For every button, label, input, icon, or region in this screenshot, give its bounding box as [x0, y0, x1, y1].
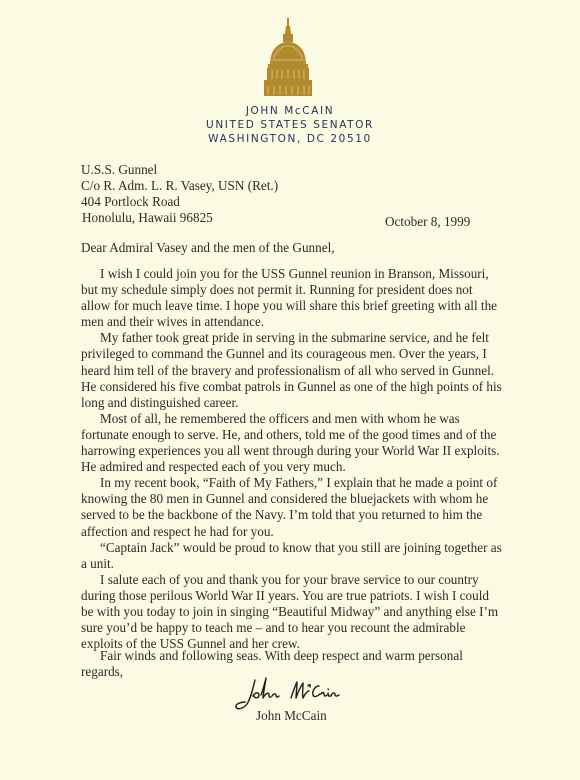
body-line: He considered his five combat patrols in… — [81, 379, 521, 395]
body-line: served to be the backbone of the Navy. I… — [81, 507, 521, 523]
letterhead-name: JOHN McCAIN — [0, 105, 580, 117]
body-line: during those perilous World War II years… — [81, 588, 521, 604]
body-line: harrowing experiences you all went throu… — [81, 443, 521, 459]
body-line: I salute each of you and thank you for y… — [81, 572, 521, 588]
closing-line-1: Fair winds and following seas. With deep… — [81, 648, 463, 664]
body-line: He admired and respected each of you ver… — [81, 459, 521, 475]
letter-body: I wish I could join you for the USS Gunn… — [81, 266, 521, 652]
body-line: Most of all, he remembered the officers … — [81, 411, 521, 427]
body-line: “Captain Jack” would be proud to know th… — [81, 540, 521, 556]
body-line: a unit. — [81, 556, 521, 572]
salutation: Dear Admiral Vasey and the men of the Gu… — [81, 240, 335, 256]
capitol-dome-icon — [262, 18, 314, 98]
typed-signature-name: John McCain — [256, 708, 327, 724]
body-line: heard him tell of the bravery and profes… — [81, 363, 521, 379]
body-line: fortunate enough to serve. He, and other… — [81, 427, 521, 443]
paragraph-6: I salute each of you and thank you for y… — [81, 572, 521, 652]
letter-page: JOHN McCAIN UNITED STATES SENATOR WASHIN… — [0, 0, 580, 780]
letterhead-title: UNITED STATES SENATOR — [0, 119, 580, 131]
body-line: privileged to command the Gunnel and its… — [81, 346, 521, 362]
recipient-line-2: C/o R. Adm. L. R. Vasey, USN (Ret.) — [81, 178, 278, 194]
paragraph-4: In my recent book, “Faith of My Fathers,… — [81, 475, 521, 539]
recipient-line-4: Honolulu, Hawaii 96825 — [82, 210, 213, 226]
body-line: In my recent book, “Faith of My Fathers,… — [81, 475, 521, 491]
body-line: sure you’d be happy to teach me – and to… — [81, 620, 521, 636]
paragraph-1: I wish I could join you for the USS Gunn… — [81, 266, 521, 330]
body-line: My father took great pride in serving in… — [81, 330, 521, 346]
body-line: allow for much leave time. I hope you wi… — [81, 298, 521, 314]
letterhead-location: WASHINGTON, DC 20510 — [0, 133, 580, 145]
body-line: but my schedule simply does not permit i… — [81, 282, 521, 298]
body-line: knowing the 80 men in Gunnel and conside… — [81, 491, 521, 507]
paragraph-2: My father took great pride in serving in… — [81, 330, 521, 410]
body-line: I wish I could join you for the USS Gunn… — [81, 266, 521, 282]
body-line: affection and respect he had for you. — [81, 524, 521, 540]
letter-date: October 8, 1999 — [385, 214, 470, 230]
recipient-line-1: U.S.S. Gunnel — [81, 162, 157, 178]
body-line: men and their wives in attendance. — [81, 314, 521, 330]
body-line: be with you today to join in singing “Be… — [81, 604, 521, 620]
recipient-line-3: 404 Portlock Road — [81, 194, 180, 210]
paragraph-3: Most of all, he remembered the officers … — [81, 411, 521, 475]
body-line: long and distinguished career. — [81, 395, 521, 411]
paragraph-5: “Captain Jack” would be proud to know th… — [81, 540, 521, 572]
